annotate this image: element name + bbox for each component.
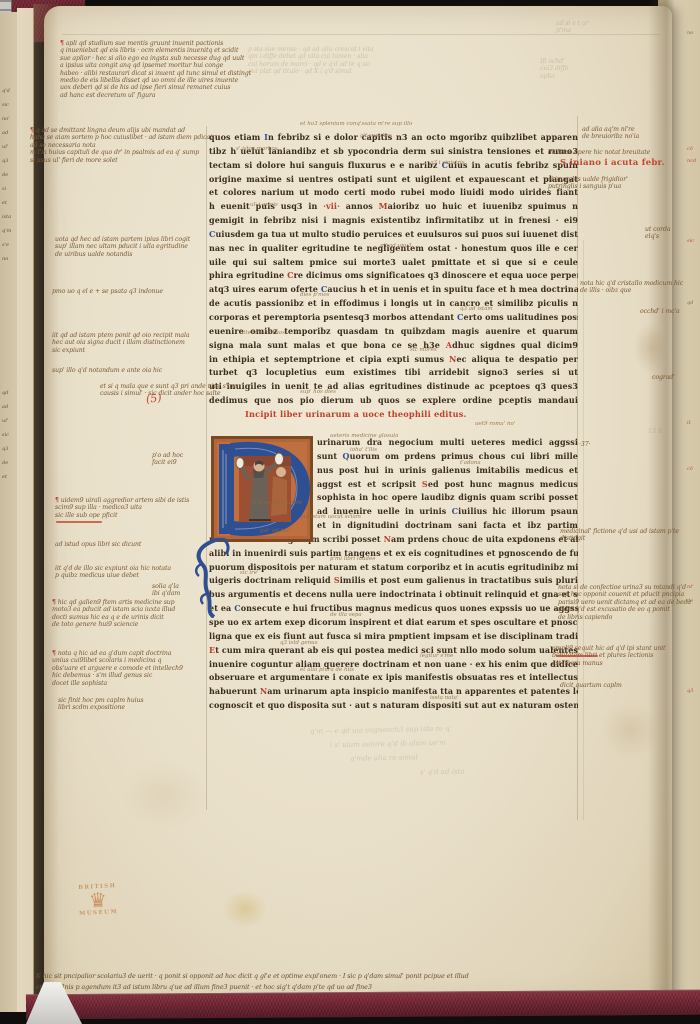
text-line: tectam si dolore hui sanguis fluxurus e … xyxy=(209,159,578,173)
stacked-page-text-sliver: si xyxy=(2,186,16,192)
parchment-stain xyxy=(120,760,210,830)
fore-edge-text-bit: qd xyxy=(687,300,699,306)
interlinear-gloss: s't lane ip'us laude xyxy=(250,500,302,506)
stacked-page-text-sliver: ad xyxy=(2,404,16,410)
text-line: inuenire coguntur aliam querere doctrina… xyxy=(209,658,578,672)
margin-annotation: p sta sue mense · qd ad aliu crescat i v… xyxy=(248,46,374,76)
fore-edge-text-bit: it xyxy=(687,420,699,426)
margin-annotation: nota hic q'd cristallo modicum hicde ill… xyxy=(580,280,683,295)
text-line: quos etiam In febribz si e dolor capitis… xyxy=(209,131,578,145)
margin-annotation: pmo uo q el e + se psata q3 indonue xyxy=(52,288,163,295)
stacked-page-text-sliver: de xyxy=(2,460,16,466)
text-line: Cuiusdem ga tua ut multo studio peruices… xyxy=(209,228,578,242)
margin-annotation: ¶ q ad se dmittant lingna deum alijs ubi… xyxy=(30,127,212,164)
margin-annotation: ad alia aq'm nl'rede breuioribz no'ia xyxy=(582,126,639,141)
binding-edge-bottom xyxy=(26,990,700,1020)
text-line: corporas et peremptoria psentesq3 morbos… xyxy=(209,311,578,325)
ruling-line-left xyxy=(206,126,207,810)
margin-annotation: ·37· xyxy=(579,441,590,448)
margin-annotation: S iniano i acuta febr. xyxy=(560,159,665,168)
interlinear-gloss: gal' ad hoc xyxy=(260,528,290,534)
stacked-page-text-sliver: de xyxy=(2,172,16,178)
margin-annotation: Ifi ochd'cui3 diffeaplia xyxy=(540,58,569,80)
rubric-incipit: Incipit liber urinarum a uoce theophili … xyxy=(209,408,614,422)
margin-annotation: occhd' i mc'a xyxy=(640,308,680,315)
fore-edge-shadow xyxy=(648,0,674,1010)
fore-edge-text-bit: de xyxy=(687,598,699,604)
text-line: et ea Consecute e hui fructibus magnus m… xyxy=(209,602,578,616)
illuminated-initial xyxy=(211,436,313,542)
text-line: atq3 uires earum oferte Caucius h et in … xyxy=(209,283,578,297)
margin-annotation: nota si de confectioe urina3 su mtandi q… xyxy=(558,584,691,621)
interlinear-gloss: q3 istd genus xyxy=(280,640,318,646)
text-line: spe uo ex artem exep dicorum inspirent e… xyxy=(209,616,578,630)
interlinear-gloss: sic mores xyxy=(410,347,437,353)
margin-annotation: medicinal' fictione q'd usi ad istam p't… xyxy=(560,528,679,543)
margin-annotation: 13 R xyxy=(648,428,662,435)
text-line: uile qui sui saltem pmice sui morte3 ual… xyxy=(209,256,578,270)
text-line: puorum dispositois per naturam et statum… xyxy=(209,561,578,575)
margin-annotation: ad si e t ar'p'ma xyxy=(556,20,590,35)
text-line: alibi in inuenirdi suis partim tangens e… xyxy=(209,547,578,561)
ghost-text-line: q'mde alia re simul xyxy=(350,751,418,765)
interlinear-gloss: uet9 roma' no' xyxy=(475,421,515,427)
parchment-stain xyxy=(600,700,660,760)
interlinear-gloss: p't ad unu3 xyxy=(380,243,412,249)
stacked-page-text-sliver: q3 xyxy=(2,446,16,452)
interlinear-gloss: dies p'mos xyxy=(300,292,330,298)
margin-annotation: ut cordaelq's xyxy=(645,226,670,241)
interlinear-gloss: ueteris medicine glosula xyxy=(330,433,398,439)
margin-annotation: de bono opere hic notat breuitate xyxy=(548,149,650,156)
stacked-page-text-sliver: no xyxy=(2,256,16,262)
margin-annotation: iit q'd de illo sic expiunt oia hic nota… xyxy=(55,565,171,580)
interlinear-gloss: q3 ad istam xyxy=(460,306,493,312)
stacked-page-text-sliver: no' xyxy=(2,116,16,122)
margin-annotation: si inungles ualde frigidior'putringlis i… xyxy=(548,176,628,191)
text-line: dedimus que nos pio dierum ub quos se ex… xyxy=(209,394,578,408)
fore-edge-text-bit: sic xyxy=(687,238,699,244)
stacked-page-text-sliver: ul' xyxy=(2,418,16,424)
text-line: in ethipia et septemptrione et cipia exp… xyxy=(209,353,578,367)
text-line: gemigit in febribz nisi i magnis existen… xyxy=(209,214,578,228)
interlinear-gloss: de illa sepa xyxy=(330,612,362,618)
interlinear-gloss: t'adona xyxy=(460,460,481,466)
text-line: et colores narium ut modo certi modo rub… xyxy=(209,186,578,200)
stacked-page-text-sliver: s'e xyxy=(2,242,16,248)
margin-annotation: sup' illo q'd notandum e ante oia hic xyxy=(52,367,162,374)
margin-annotation: ¶ apli qd studium sue mentis gruunt inue… xyxy=(60,40,251,99)
text-block-1: quos etiam In febribz si e dolor capitis… xyxy=(209,131,578,408)
text-line: uti inuigiles in uenit te ad alias egrit… xyxy=(209,380,578,394)
margin-annotation: sic finit hoc pm caplm huiuslibri scdm e… xyxy=(58,697,143,712)
stacked-page-text-sliver: ad xyxy=(2,130,16,136)
margin-annotation: p'o ad hocfacit ei9 xyxy=(152,452,183,467)
stacked-page-text-sliver: et xyxy=(2,474,16,480)
fore-edge-text-bit: nt' xyxy=(687,584,699,590)
stacked-page-text-sliver: q'd xyxy=(2,88,16,94)
fore-edge-text-bit: no xyxy=(687,30,699,36)
initial-flourish-tail xyxy=(192,538,236,618)
british-museum-stamp: BRITISH ♛ MUSEUM xyxy=(65,882,131,917)
parchment-stain xyxy=(634,322,668,374)
interlinear-gloss: sic ire' xyxy=(240,570,259,576)
margin-annotation: et si q mala que e sunt q3 pri ande uiue… xyxy=(100,383,237,398)
stacked-page-text-sliver: qd xyxy=(2,390,16,396)
stacked-page-text-sliver: sic xyxy=(2,432,16,438)
stacked-page-text-sliver: q'm xyxy=(2,228,16,234)
red-underline xyxy=(56,521,102,523)
margin-annotation: dicit quartum caplm xyxy=(560,682,622,689)
text-line: bus argumentis et decens nulla uere indo… xyxy=(209,588,578,602)
margin-annotation: solia q'laibi q'dam xyxy=(152,583,180,598)
interlinear-gloss: s' istos morbos xyxy=(236,146,278,152)
text-line: de acutis passionibz et in effodimus i l… xyxy=(209,297,578,311)
interlinear-gloss: et ho3 splenium conq'ssata m're sup illo xyxy=(300,121,412,127)
text-line: uigeris doctrinam reliquid Similis et po… xyxy=(209,574,578,588)
red-underline xyxy=(556,655,598,657)
text-line: obseruare et argumentare i conate ex ipi… xyxy=(209,671,578,685)
stacked-page-text-sliver: et xyxy=(2,200,16,206)
margin-annotation: ¶ uidem9 uirali aggredior artem sibi de … xyxy=(55,497,189,519)
interlinear-gloss: ul' i armis xyxy=(250,202,278,208)
folio-number-pencil: (5) xyxy=(145,391,162,406)
fore-edge-text-bit: cō xyxy=(687,466,699,472)
fore-edge-text-bit: ncd xyxy=(687,158,699,164)
interlinear-gloss: qui istam uocat sciam xyxy=(300,514,361,520)
interlinear-gloss: et alia plura de hiis xyxy=(300,667,354,673)
margin-annotation: K hic sit pncipalior scolariu3 de uerit … xyxy=(36,971,469,993)
margin-annotation: ad istud opus libri sic dicunt xyxy=(55,541,141,548)
interlinear-gloss: legitur s'me xyxy=(420,653,453,659)
margin-annotation: uota qd hec ad istam partem ipius libri … xyxy=(55,236,190,258)
stacked-page-text-sliver: sic xyxy=(2,102,16,108)
initial-letter-miniature xyxy=(211,436,313,542)
text-line: origine maxime si uentres ostipati sunt … xyxy=(209,173,578,187)
interlinear-gloss: attend's morbos xyxy=(240,330,285,336)
text-line: ligna que ex eis fiunt aut fusca si mira… xyxy=(209,630,578,644)
ghost-text-line: i s' uiam uenire q'd ib alam ue'm xyxy=(330,737,446,752)
manuscript-photo: quos etiam In febribz si e dolor capitis… xyxy=(0,0,700,1024)
text-line: Et cum mira querant ab eis qui postea me… xyxy=(209,644,578,658)
fore-edge-text-bit: cō xyxy=(687,146,699,152)
stacked-page-text-sliver: ul' xyxy=(2,144,16,150)
text-line: signa mala sunt malas et que bona ce se … xyxy=(209,339,578,353)
margin-annotation: cograd' xyxy=(652,374,675,381)
interlinear-gloss: ioha' t'llis xyxy=(350,447,377,453)
ghost-text-line: s' q'd ad ista xyxy=(420,766,465,780)
margin-annotation: ¶ hic qd galien9 ftem artis medicine sup… xyxy=(52,599,175,629)
margin-annotation: iit qd ad istam ptem ponit qd oio recipi… xyxy=(52,332,190,354)
text-line: cognoscit et quo disposita sut · aut s n… xyxy=(209,699,578,713)
text-line: phira egritudine Cre dicimus oms signifi… xyxy=(209,269,578,283)
interlinear-gloss: issta nata' xyxy=(430,695,458,701)
stacked-page-text-sliver: ista xyxy=(2,214,16,220)
interlinear-gloss: p'mi libri laudee xyxy=(330,556,376,562)
margin-annotation: ¶ nota q hic ad ea g'dum capit doctrinau… xyxy=(52,650,183,687)
interlinear-gloss: q3 i sinistris xyxy=(430,160,464,166)
fore-edge-text-bit: q3 xyxy=(687,688,699,694)
text-line: habuerunt Nam urinarum apta inspicio man… xyxy=(209,685,578,699)
stacked-page-text-sliver: q3 xyxy=(2,158,16,164)
parchment-stain xyxy=(222,890,268,928)
interlinear-gloss: sup' hos dies xyxy=(300,389,336,395)
text-line: turbet q3 locupletius eum existimes tibi… xyxy=(209,366,578,380)
interlinear-gloss: g't sue dies xyxy=(360,133,392,139)
